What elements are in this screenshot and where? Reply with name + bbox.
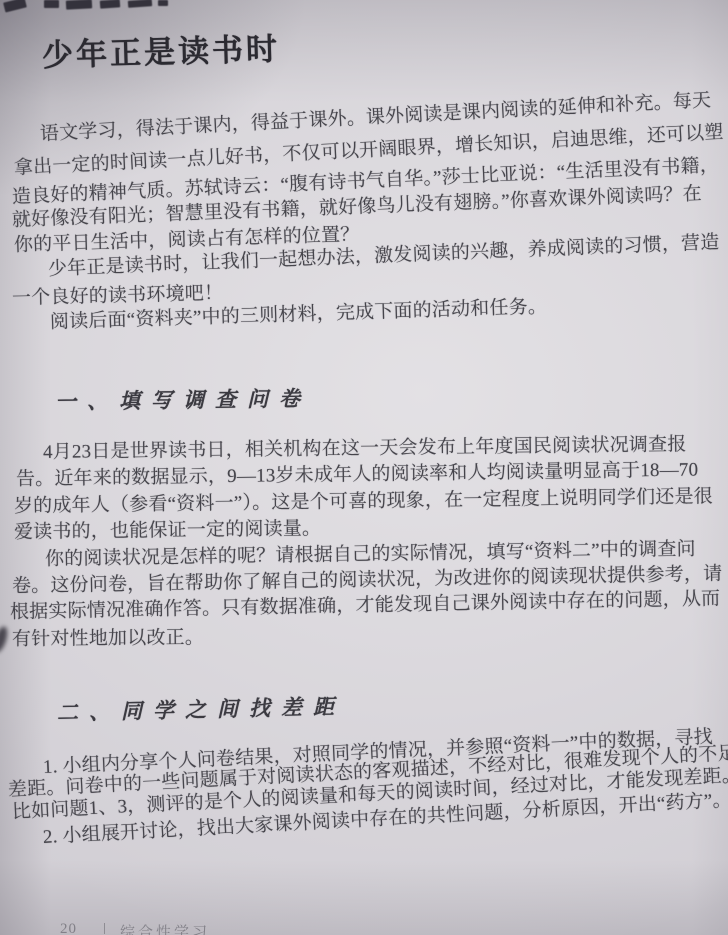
page-title: 少年正是读书时 [41,23,280,75]
footer-divider [104,923,105,934]
intro-line: 一个良好的读书环境吧！ [12,284,224,308]
section-heading: 一、填写调查问卷 [55,388,311,413]
body-line: 岁的成年人（参看“资料一”）。这是个可喜的现象，在一定程度上说明同学们还是很 [14,487,713,516]
page-number: 20 [60,921,77,935]
cropped-header-fragment [100,0,121,9]
page-edge-shadow [0,625,10,654]
cropped-header-fragment [128,0,152,8]
body-line: 4月23日是世界读书日，相关机构在这一天会发布上年度国民阅读状况调查报 [43,435,687,462]
cropped-header-fragment [44,0,59,8]
body-line: 你的阅读状况是怎样的呢？请根据自己的实际情况，填写“资料二”中的调查问 [45,540,696,569]
footer-section-label: 综合性学习 [120,921,210,935]
cropped-header-fragment [3,0,27,13]
cropped-header-fragment [66,0,92,10]
textbook-page-photo: 少年正是读书时 语文学习，得法于课内，得益于课外。课外阅读是课内阅读的延伸和补充… [0,0,728,935]
body-line: 爱读书的，也能保证一定的阅读量。 [14,519,321,542]
section-heading: 二、同学之间找差距 [57,696,345,724]
body-line: 告。近年来的数据显示，9—13岁未成年人的阅读率和人均阅读量明显高于18—70 [16,460,699,489]
cropped-header-fragment [158,0,168,6]
body-line: 有针对性地加以改正。 [12,628,204,649]
